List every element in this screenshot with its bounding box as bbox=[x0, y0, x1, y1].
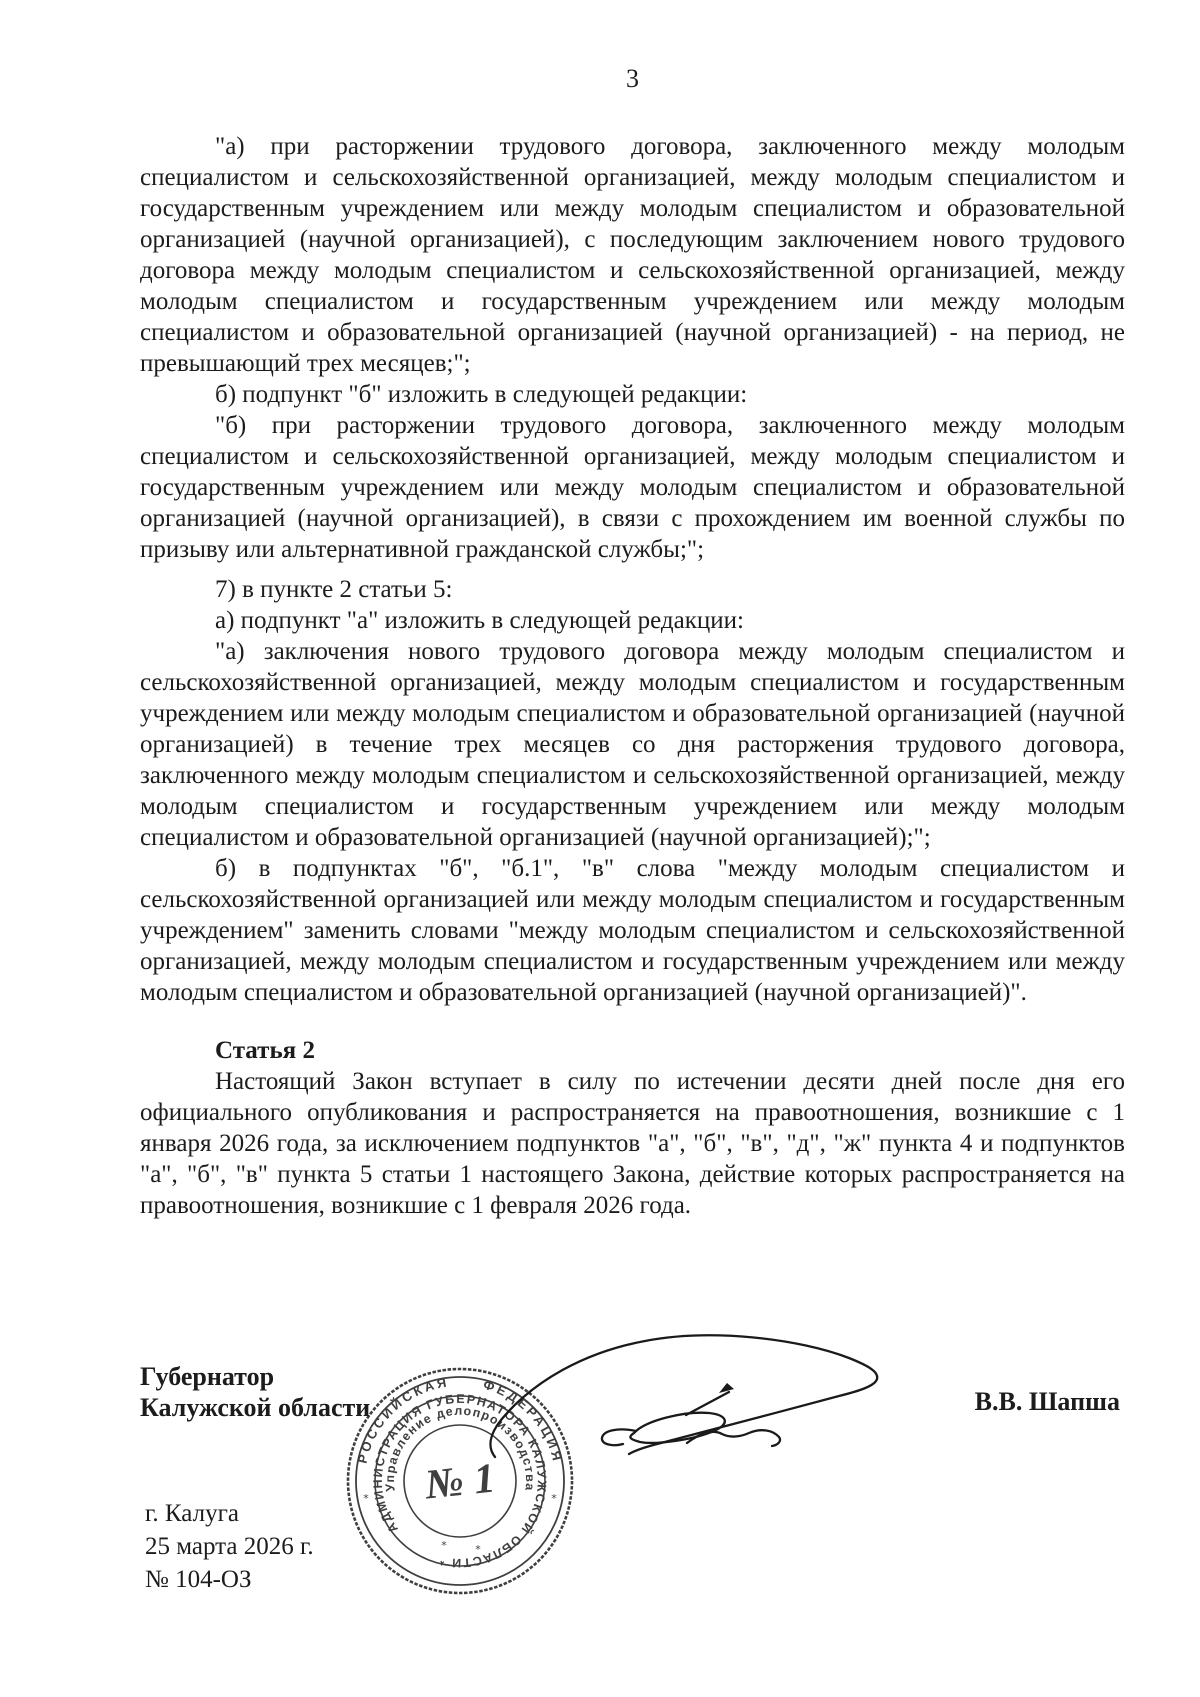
document-content: 3 "а) при расторжении трудового договора… bbox=[140, 64, 1125, 1221]
body-paragraph: "б) при расторжении трудового договора, … bbox=[140, 410, 1125, 565]
body-paragraph: "а) заключения нового трудового договора… bbox=[140, 636, 1125, 853]
body-paragraph: б) в подпунктах "б", "б.1", "в" слова "м… bbox=[140, 853, 1125, 1008]
footer-doc-number: № 104-ОЗ bbox=[145, 1563, 314, 1596]
governor-title-line-1: Губернатор bbox=[140, 1361, 370, 1392]
document-footer: г. Калуга 25 марта 2026 г. № 104-ОЗ bbox=[145, 1497, 314, 1596]
footer-place: г. Калуга bbox=[145, 1497, 314, 1530]
signature-stroke-arrow bbox=[686, 1392, 729, 1415]
governor-title: Губернатор Калужской области bbox=[140, 1361, 370, 1423]
document-page: 3 "а) при расторжении трудового договора… bbox=[0, 0, 1200, 1697]
seal-star-left: * bbox=[363, 1492, 369, 1505]
body-paragraph: 7) в пункте 2 статьи 5: bbox=[140, 574, 1125, 605]
body-paragraph: а) подпункт "а" изложить в следующей ред… bbox=[140, 605, 1125, 636]
body-paragraph: "а) при расторжении трудового договора, … bbox=[140, 131, 1125, 379]
governor-signature-name: В.В. Шапша bbox=[975, 1387, 1120, 1417]
law-text: "а) при расторжении трудового договора, … bbox=[140, 131, 1125, 1221]
seal-star-bottom-left: * bbox=[441, 1539, 447, 1552]
handwritten-signature bbox=[470, 1300, 900, 1470]
page-number: 3 bbox=[140, 64, 1125, 94]
footer-date: 25 марта 2026 г. bbox=[145, 1530, 314, 1563]
article-2-heading: Статья 2 bbox=[140, 1035, 1125, 1066]
signature-arrowhead bbox=[719, 1383, 734, 1393]
article-2-text: Настоящий Закон вступает в силу по истеч… bbox=[140, 1066, 1125, 1221]
governor-title-line-2: Калужской области bbox=[140, 1392, 370, 1423]
seal-star-right: * bbox=[551, 1492, 557, 1505]
seal-star-bottom-right: * bbox=[475, 1543, 481, 1556]
body-paragraph: б) подпункт "б" изложить в следующей ред… bbox=[140, 379, 1125, 410]
